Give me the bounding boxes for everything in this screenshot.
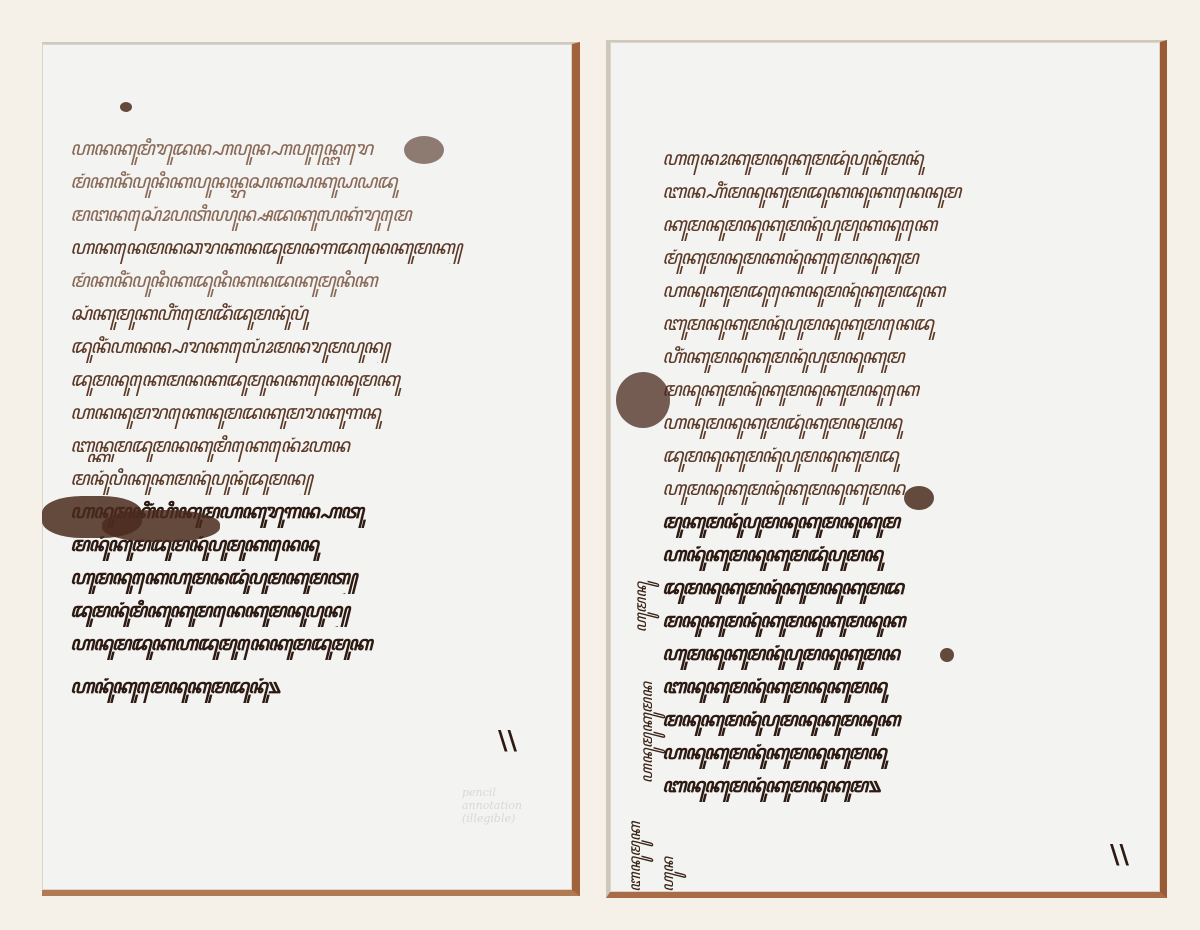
- left-manuscript-page: ꦲꦤꦏꦸꦩꦶꦫꦸꦢꦤ꧀ꦲꦥꦸꦤ꧀ꦲꦥꦸꦤ꧀ꦔꦺꦫꦺ ꦩꦁꦏꦤꦶꦁꦥꦸꦤꦶꦏꦥꦸꦤ…: [42, 42, 580, 896]
- manuscript-line: ꦲꦤꦏꦸꦩꦶꦫꦸꦢꦤ꧀ꦲꦥꦸꦤ꧀ꦲꦥꦸꦤ꧀ꦔꦺꦫꦺ: [70, 132, 558, 165]
- manuscript-line: ꦲꦤꦸꦏꦸꦩꦢꦸꦏꦺꦤꦸꦩꦤꦸꦁꦏꦸꦩꦢꦸꦏ: [662, 274, 1150, 307]
- manuscript-line: ꦩꦔꦤꦱꦺꦴꦁꦥꦠꦶꦪꦸꦤ꧀ꦱꦢꦏꦸꦭꦏꦁꦫꦸꦩꦺ: [70, 198, 558, 231]
- manuscript-line: ꦲꦤꦸꦩꦤꦸꦏꦸꦩꦢꦸꦁꦏꦸꦩꦤꦸꦩꦤꦸ: [662, 406, 1150, 439]
- manuscript-line: ꦢꦸꦤꦶꦁꦲꦤꦤ꧀ꦥꦫꦏꦭꦺꦴꦁꦩꦤꦫꦸꦩꦥꦸꦤ꧀: [70, 330, 558, 363]
- manuscript-line: ꦩꦁꦏꦤꦶꦁꦥꦸꦤꦶꦏꦥꦸꦤꦤ꧀ꦫꦱꦏꦱꦏꦸꦝꦝꦢꦸ: [70, 165, 558, 198]
- pencil-note: pencil annotation (illegible): [462, 786, 522, 825]
- manuscript-line: ꦲꦤꦤꦸꦩꦫꦏꦺꦤꦸꦩꦢꦏꦸꦩꦫꦏꦸꦒꦤꦸ: [70, 396, 558, 429]
- manuscript-line: ꦲꦤꦸꦁꦏꦸꦩꦤꦸꦏꦸꦩꦢꦸꦁꦥꦸꦩꦤꦸ: [662, 538, 1150, 571]
- right-manuscript-page: ꦲꦤꦺꦴꦏꦸꦩꦤꦸꦏꦸꦩꦢꦸꦁꦥꦸꦤꦸꦁꦩꦤꦸꦁ ꦧꦤ꧀ꦲꦶꦁꦩꦤꦸꦏꦸꦩꦢꦸꦏ…: [606, 40, 1167, 898]
- ink-blot: [404, 136, 444, 164]
- manuscript-line: ꦲꦶꦁꦏꦸꦩꦤꦸꦏꦸꦩꦤꦸꦁꦥꦸꦩꦤꦸꦏꦸꦩ: [662, 340, 1150, 373]
- left-page-text: ꦲꦤꦏꦸꦩꦶꦫꦸꦢꦤ꧀ꦲꦥꦸꦤ꧀ꦲꦥꦸꦤ꧀ꦔꦺꦫꦺ ꦩꦁꦏꦤꦶꦁꦥꦸꦤꦶꦏꦥꦸꦤ…: [70, 132, 558, 703]
- closing-mark: \\: [498, 726, 517, 756]
- margin-note: ꦧꦤꦸꦩꦸꦏ ꦲꦸꦤ: [618, 802, 684, 892]
- manuscript-line: ꦧꦤ꧀ꦏꦸꦩꦢꦸꦩꦤꦏꦸꦩꦶꦏꦺꦤꦺꦴꦁꦲꦤ: [70, 429, 558, 462]
- manuscript-line: ꦩꦸꦏꦸꦩꦤꦸꦁꦥꦸꦩꦤꦸꦏꦸꦩꦤꦸꦏꦸꦩ: [662, 505, 1150, 538]
- manuscript-line: ꦲꦤꦸꦩꦢꦸꦏꦲꦢꦸꦩꦸꦤꦺꦏꦸꦩꦢꦸꦩꦸꦏ: [70, 627, 558, 660]
- manuscript-line: ꦲꦤꦸꦏꦸꦩꦤꦸꦁꦏꦸꦩꦤꦸꦏꦸꦩꦤꦸ: [662, 736, 1150, 769]
- manuscript-line: ꦧꦤ꧀ꦲꦶꦁꦩꦤꦸꦏꦸꦩꦢꦸꦏꦤꦸꦏꦤꦺꦤꦸꦩ: [662, 175, 1150, 208]
- ink-blot: [616, 372, 670, 428]
- manuscript-line: ꦩꦤꦸꦏꦸꦩꦤꦸꦁꦏꦸꦩꦤꦸꦏꦸꦩꦤꦸꦏ: [662, 604, 1150, 637]
- closing-mark: \\: [1110, 840, 1129, 870]
- ink-blot: [120, 102, 132, 112]
- manuscript-line: ꦱꦁꦏꦸꦩꦸꦏꦲꦶꦁꦩꦺꦢꦶꦁꦢꦸꦩꦤꦸꦁꦥꦸꦁ: [70, 297, 558, 330]
- manuscript-line: ꦏꦸꦩꦤꦸꦩꦤꦸꦏꦸꦩꦤꦸꦁꦥꦸꦩꦸꦏꦤꦸꦏꦺ: [662, 208, 1150, 241]
- manuscript-line: ꦢꦸꦩꦤꦸꦏꦸꦩꦤꦸꦁꦏꦸꦩꦤꦸꦏꦸꦩꦢ: [662, 571, 1150, 604]
- manuscript-line: ꦩꦤꦸꦁꦥꦶꦏꦸꦏꦩꦤꦸꦁꦥꦸꦤꦸꦁꦢꦸꦩꦤ꧀: [70, 462, 558, 495]
- manuscript-line: ꦢꦸꦩꦤꦸꦏꦸꦩꦤꦸꦁꦥꦸꦩꦤꦸꦏꦸꦩꦢꦸ: [662, 439, 1150, 472]
- manuscript-line: ꦩꦤꦸꦏꦸꦩꦤꦸꦁꦥꦸꦩꦤꦸꦏꦸꦩꦤꦸꦏ: [662, 703, 1150, 736]
- manuscript-line: ꦧꦸꦩꦤꦸꦏꦸꦩꦤꦸꦁꦥꦸꦩꦤꦸꦏꦸꦩꦤꦺꦢꦸ: [662, 307, 1150, 340]
- manuscript-line: ꦲꦤꦤꦺꦩꦤꦕꦫꦏꦤꦢꦸꦩꦤꦒꦢꦤꦺꦏꦸꦩꦏ꧀: [70, 231, 558, 264]
- manuscript-line: ꦲꦤꦺꦴꦏꦸꦩꦤꦸꦏꦸꦩꦢꦸꦁꦥꦸꦤꦸꦁꦩꦤꦸꦁ: [662, 142, 1150, 175]
- manuscript-line: ꦲꦸꦩꦤꦸꦏꦸꦩꦤꦸꦁꦥꦸꦩꦤꦸꦏꦸꦩꦤ: [662, 637, 1150, 670]
- ink-blot: [904, 486, 934, 510]
- margin-note: ꦲꦤꦸꦩꦸꦏꦸꦩꦤ: [630, 682, 663, 783]
- manuscript-line: ꦩꦸꦁꦏꦸꦩꦤꦸꦩꦏꦤꦸꦁꦏꦸꦩꦺꦤꦸꦏꦸꦩ: [662, 241, 1150, 274]
- ink-blot: [940, 648, 954, 662]
- manuscript-closing-line: ꦲꦤꦸꦁꦏꦸꦩꦺꦤꦸꦏꦸꦩꦢꦸꦤꦸꦁ꧉: [70, 670, 558, 703]
- manuscript-line: ꦲꦸꦩꦤꦸꦏꦺꦲꦸꦩꦤꦢꦸꦁꦥꦸꦩꦏꦸꦩꦠ꧀: [70, 561, 558, 594]
- manuscript-line: ꦢꦸꦩꦤꦸꦏꦺꦩꦤꦏꦢꦸꦩꦸꦤꦏꦤꦺꦤꦸꦩꦏꦸ: [70, 363, 558, 396]
- manuscript-line: ꦩꦁꦏꦤꦶꦁꦥꦸꦤꦶꦏꦢꦸꦤꦶꦏꦤꦢꦏꦸꦩꦸꦤꦶꦏ: [70, 264, 558, 297]
- manuscript-line: ꦧꦤꦸꦏꦸꦩꦤꦸꦁꦏꦸꦩꦤꦸꦏꦸꦩꦤꦸ: [662, 670, 1150, 703]
- manuscript-line: ꦢꦸꦩꦤꦸꦁꦩꦶꦏꦸꦏꦸꦩꦤꦺꦏꦸꦩꦤꦸꦥꦸꦤ꧀: [70, 594, 558, 627]
- margin-note: ꦲꦸꦩꦤꦸ: [624, 582, 657, 632]
- ink-blot: [102, 510, 220, 542]
- manuscript-line: ꦩꦤꦸꦏꦸꦩꦤꦸꦁꦏꦸꦩꦤꦸꦏꦸꦩꦤꦸꦏꦺ: [662, 373, 1150, 406]
- right-page-text: ꦲꦤꦺꦴꦏꦸꦩꦤꦸꦏꦸꦩꦢꦸꦁꦥꦸꦤꦸꦁꦩꦤꦸꦁ ꦧꦤ꧀ꦲꦶꦁꦩꦤꦸꦏꦸꦩꦢꦸꦏ…: [662, 142, 1150, 802]
- manuscript-line: ꦧꦤꦸꦏꦸꦩꦤꦸꦁꦏꦸꦩꦤꦸꦏꦸꦩ꧉: [662, 769, 1150, 802]
